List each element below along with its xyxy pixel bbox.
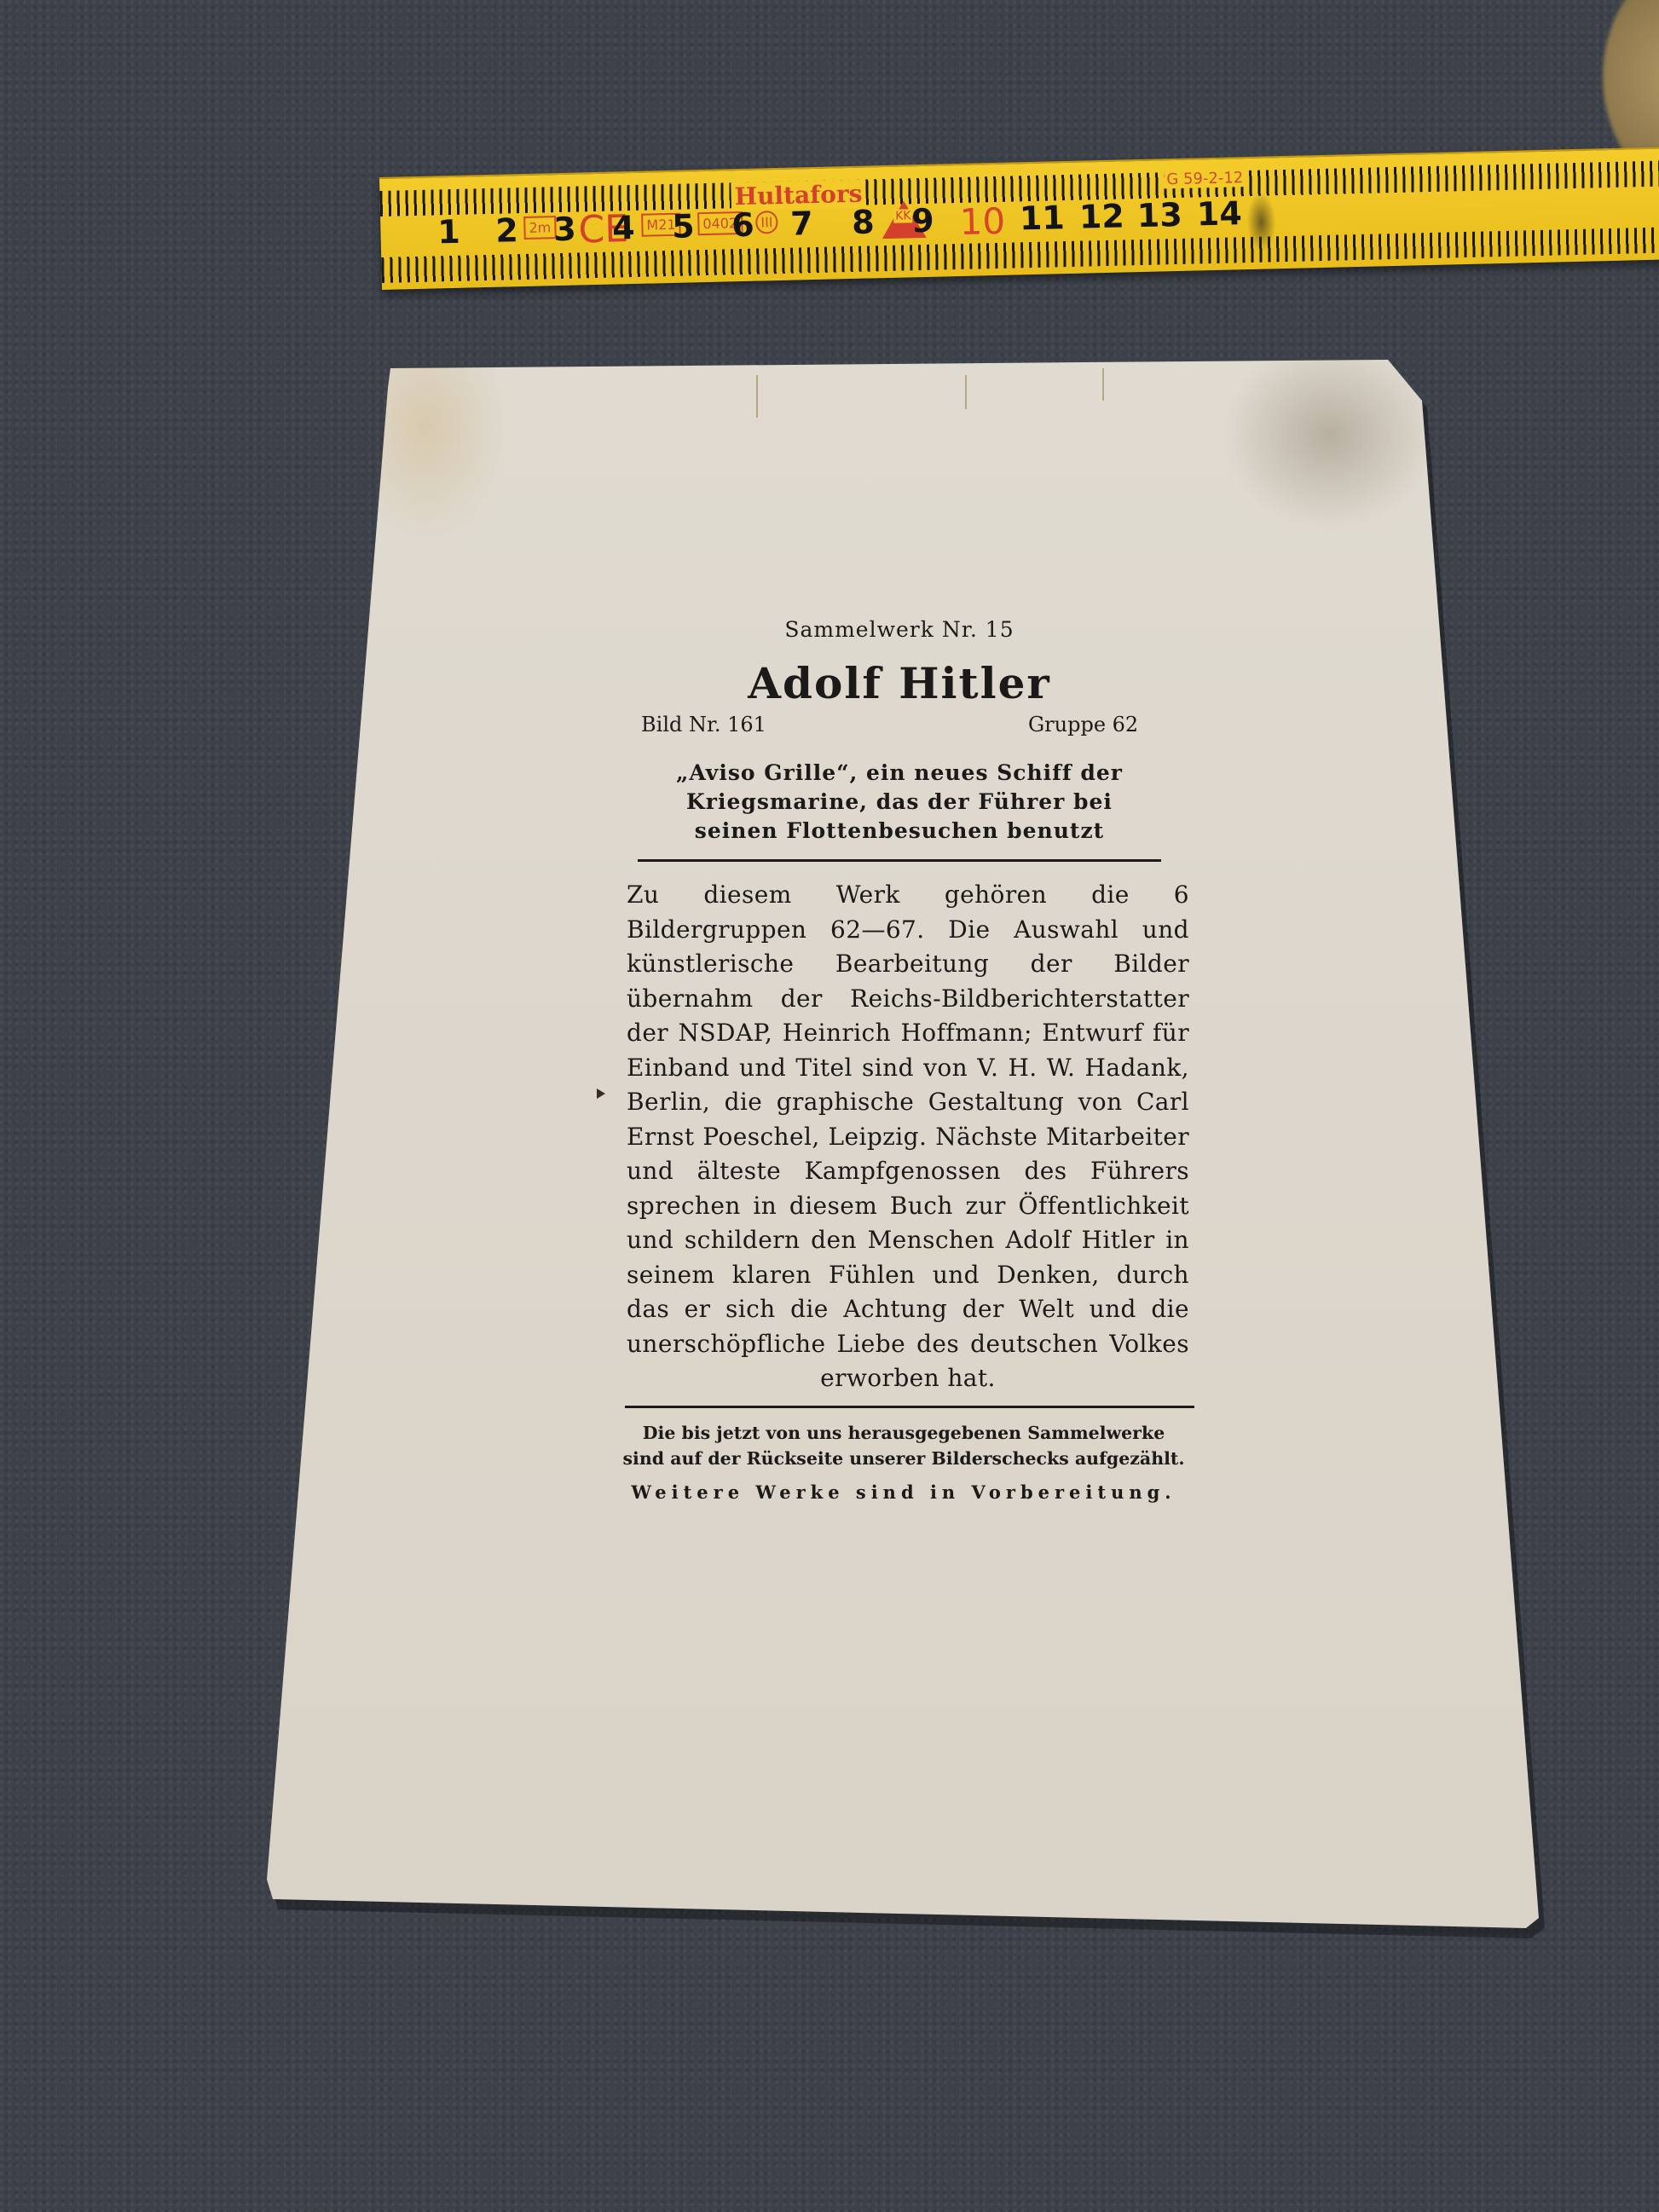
- ruler-number: 13: [1136, 196, 1182, 234]
- picture-number: Bild Nr. 161: [641, 713, 766, 736]
- ruler-serial: G 59-2-12: [1164, 169, 1246, 188]
- ruler-number: 3: [553, 211, 576, 249]
- paper-tear: [1102, 368, 1104, 401]
- picture-caption: „Aviso Grille“, ein neues Schiff der Kri…: [0, 759, 1659, 846]
- ruler-number: 7: [790, 205, 813, 243]
- body-paragraph: Zu diesem Werk gehören die 6 Bildergrupp…: [627, 878, 1189, 1396]
- divider-bottom: [625, 1406, 1194, 1408]
- paper-tear: [965, 375, 967, 409]
- ruler-mark-2m: 2m: [523, 216, 556, 240]
- ruler-number-highlight: 10: [959, 200, 1006, 243]
- ruler-number: 9: [911, 202, 934, 240]
- forthcoming-note: Weitere Werke sind in Vorbereitung.: [0, 1481, 1659, 1503]
- caption-line: „Aviso Grille“, ein neues Schiff der: [0, 759, 1659, 788]
- ruler-number: 12: [1078, 197, 1124, 235]
- footnote-line: Die bis jetzt von uns herausgegebenen Sa…: [0, 1420, 1659, 1446]
- ruler-mark-class: III: [755, 211, 778, 234]
- series-label: Sammelwerk Nr. 15: [0, 617, 1659, 642]
- ruler-mark-kk: KK: [893, 209, 913, 223]
- ruler-number: 2: [495, 211, 518, 250]
- document-title: Adolf Hitler: [0, 658, 1659, 708]
- caption-line: Kriegsmarine, das der Führer bei: [0, 788, 1659, 817]
- ruler-stain: [1246, 192, 1277, 252]
- ruler-number: 6: [731, 206, 754, 245]
- ruler-number: 1: [437, 213, 460, 251]
- ruler-number: 11: [1019, 199, 1065, 237]
- folding-ruler: 1 2 2m 3 CE 4 M21 5 0402 6 III Hultafors…: [379, 146, 1659, 290]
- ruler-number: 4: [612, 209, 635, 247]
- margin-mark: [597, 1089, 605, 1099]
- ruler-number: 5: [672, 207, 695, 245]
- group-number: Gruppe 62: [1028, 713, 1138, 736]
- divider-top: [638, 859, 1161, 862]
- ruler-number: 14: [1196, 194, 1242, 233]
- footnote-line: sind auf der Rückseite unserer Bildersch…: [0, 1446, 1659, 1471]
- paper-tear: [756, 375, 758, 418]
- caption-line: seinen Flottenbesuchen benutzt: [0, 817, 1659, 846]
- footnote: Die bis jetzt von uns herausgegebenen Sa…: [0, 1420, 1659, 1471]
- ruler-number: 8: [852, 203, 875, 241]
